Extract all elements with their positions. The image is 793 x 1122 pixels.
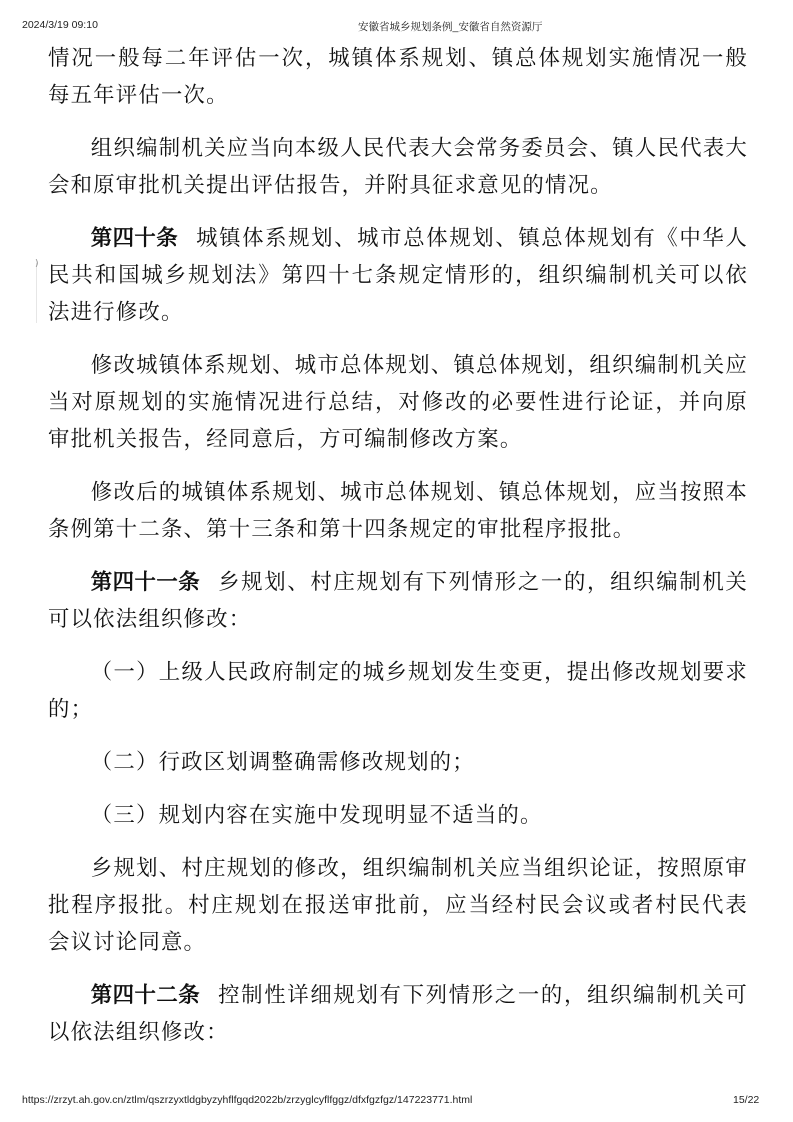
page-number: 15/22 (733, 1094, 759, 1106)
paragraph: 组织编制机关应当向本级人民代表大会常务委员会、镇人民代表大会和原审批机关提出评估… (48, 130, 748, 204)
article-label: 第四十二条 (91, 983, 200, 1008)
source-url: https://zrzyt.ah.gov.cn/ztlm/qszrzyxtldg… (22, 1094, 472, 1106)
print-datetime: 2024/3/19 09:10 (22, 19, 98, 31)
list-item: （三）规划内容在实施中发现明显不适当的。 (48, 797, 748, 834)
article-label: 第四十条 (91, 226, 178, 251)
document-body: 情况一般每二年评估一次，城镇体系规划、镇总体规划实施情况一般每五年评估一次。 组… (48, 40, 748, 1067)
list-item: （二）行政区划调整确需修改规划的； (48, 744, 748, 781)
article-41: 第四十一条乡规划、村庄规划有下列情形之一的，组织编制机关可以依法组织修改： (48, 564, 748, 638)
article-40: 第四十条城镇体系规划、城市总体规划、镇总体规划有《中华人民共和国城乡规划法》第四… (48, 220, 748, 331)
paragraph: 乡规划、村庄规划的修改，组织编制机关应当组织论证，按照原审批程序报批。村庄规划在… (48, 850, 748, 961)
list-item: （一）上级人民政府制定的城乡规划发生变更，提出修改规划要求的； (48, 654, 748, 728)
paragraph: 修改后的城镇体系规划、城市总体规划、镇总体规划，应当按照本条例第十二条、第十三条… (48, 474, 748, 548)
article-42: 第四十二条控制性详细规划有下列情形之一的，组织编制机关可以依法组织修改： (48, 977, 748, 1051)
margin-mark: ) (36, 263, 45, 323)
article-label: 第四十一条 (91, 570, 200, 595)
paragraph: 修改城镇体系规划、城市总体规划、镇总体规划，组织编制机关应当对原规划的实施情况进… (48, 347, 748, 458)
paragraph-continued: 情况一般每二年评估一次，城镇体系规划、镇总体规划实施情况一般每五年评估一次。 (48, 40, 748, 114)
page-title: 安徽省城乡规划条例_安徽省自然资源厅 (358, 19, 542, 34)
